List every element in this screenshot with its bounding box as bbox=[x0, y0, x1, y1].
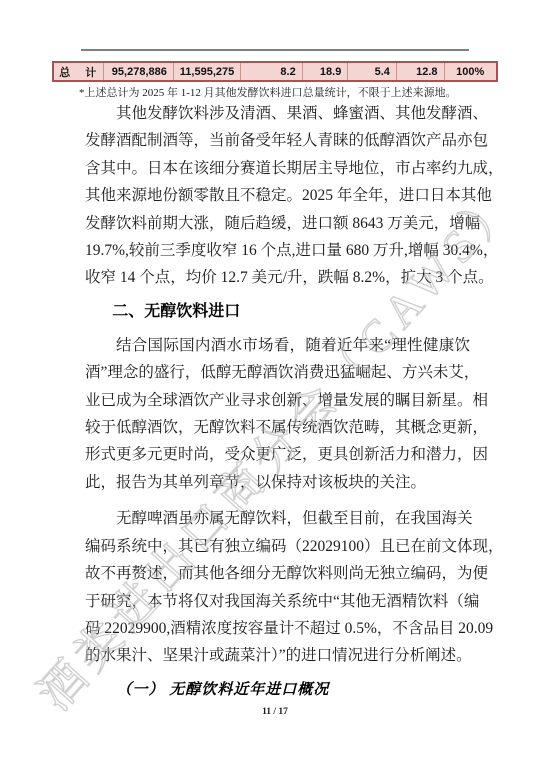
paragraph-line: 发酵酒配制酒等，当前备受年轻人青睐的低醇酒饮产品亦包 bbox=[85, 127, 470, 154]
paragraph-line: 其他发酵饮料涉及清酒、果酒、蜂蜜酒、其他发酵酒、 bbox=[85, 100, 470, 127]
table-cell-value: 95,278,886 bbox=[103, 63, 172, 80]
header-rule bbox=[81, 49, 469, 51]
table-footnote: *上述总计为 2025 年 1-12 月其他发酵饮料进口总量统计，不限于上述来源… bbox=[79, 86, 499, 100]
section-heading-non-alcoholic: 二、无醇饮料进口 bbox=[85, 292, 470, 332]
table-cell-total-label: 总 计 bbox=[54, 63, 103, 80]
table-cell-value: 100% bbox=[444, 63, 496, 80]
paragraph-line: 其他来源地份额零散且不稳定。2025 年全年，进口日本其他 bbox=[85, 182, 470, 209]
paragraph-line: 较于低醇酒饮，无醇饮料不属传统酒饮范畴，其概念更新， bbox=[85, 414, 470, 441]
table-cell-value: 5.4 bbox=[347, 63, 396, 80]
document-page: 总 计 95,278,886 11,595,275 8.2 18.9 5.4 1… bbox=[0, 0, 550, 777]
paragraph-customs-codes: 无醇啤酒虽亦属无醇饮料，但截至目前，在我国海关编码系统中，其已有独立编码（220… bbox=[85, 505, 470, 669]
paragraph-line: 收窄 14 个点，均价 12.7 美元/升，跌幅 8.2%，扩大 3 个点。 bbox=[85, 264, 470, 291]
paragraph-line: 此，报告为其单列章节，以保持对该板块的关注。 bbox=[85, 469, 470, 496]
paragraph-other-fermented: 其他发酵饮料涉及清酒、果酒、蜂蜜酒、其他发酵酒、发酵酒配制酒等，当前备受年轻人青… bbox=[85, 100, 470, 292]
paragraph-line: 故不再赘述，而其他各细分无醇饮料则尚无独立编码，为便 bbox=[85, 560, 470, 587]
table-cell-value: 12.8 bbox=[396, 63, 444, 80]
paragraph-line: 含其中。日本在该细分赛道长期居主导地位，市占率约九成， bbox=[85, 155, 470, 182]
paragraph-line: 的水果汁、坚果汁或蔬菜汁）”的进口情况进行分析阐述。 bbox=[85, 642, 470, 669]
paragraph-line: 酒”理念的盛行，低醇无醇酒饮消费迅猛崛起、方兴未艾， bbox=[85, 359, 470, 386]
paragraph-market-overview: 结合国际国内酒水市场看，随着近年来“理性健康饮酒”理念的盛行，低醇无醇酒饮消费迅… bbox=[85, 332, 470, 496]
total-row-table: 总 计 95,278,886 11,595,275 8.2 18.9 5.4 1… bbox=[52, 61, 498, 82]
table-cell-value: 8.2 bbox=[240, 63, 301, 80]
paragraph-line: 业已成为全球酒饮产业寻求创新、增量发展的瞩目新星。相 bbox=[85, 387, 470, 414]
paragraph-line: 码 22029900,酒精浓度按容量计不超过 0.5%，不含品目 20.09 bbox=[85, 615, 470, 642]
paragraph-line: 发酵饮料前期大涨，随后趋缓，进口额 8643 万美元，增幅 bbox=[85, 210, 470, 237]
paragraph-line: 编码系统中，其已有独立编码（22029100）且已在前文体现， bbox=[85, 533, 470, 560]
paragraph-line: 结合国际国内酒水市场看，随着近年来“理性健康饮 bbox=[85, 332, 470, 359]
document-body: 其他发酵饮料涉及清酒、果酒、蜂蜜酒、其他发酵酒、发酵酒配制酒等，当前备受年轻人青… bbox=[85, 100, 470, 704]
sub-section-heading-import-overview: （一） 无醇饮料近年进口概况 bbox=[85, 677, 470, 704]
paragraph-line: 19.7%,较前三季度收窄 16 个点,进口量 680 万升,增幅 30.4%， bbox=[85, 237, 470, 264]
paragraph-line: 形式更多元更时尚，受众更广泛，更具创新活力和潜力，因 bbox=[85, 441, 470, 468]
paragraph-line: 无醇啤酒虽亦属无醇饮料，但截至目前，在我国海关 bbox=[85, 505, 470, 532]
table-cell-value: 18.9 bbox=[302, 63, 348, 80]
table-cell-value: 11,595,275 bbox=[173, 63, 240, 80]
paragraph-line: 于研究，本节将仅对我国海关系统中“其他无酒精饮料（编 bbox=[85, 588, 470, 615]
page-number: 11 / 17 bbox=[0, 707, 550, 717]
